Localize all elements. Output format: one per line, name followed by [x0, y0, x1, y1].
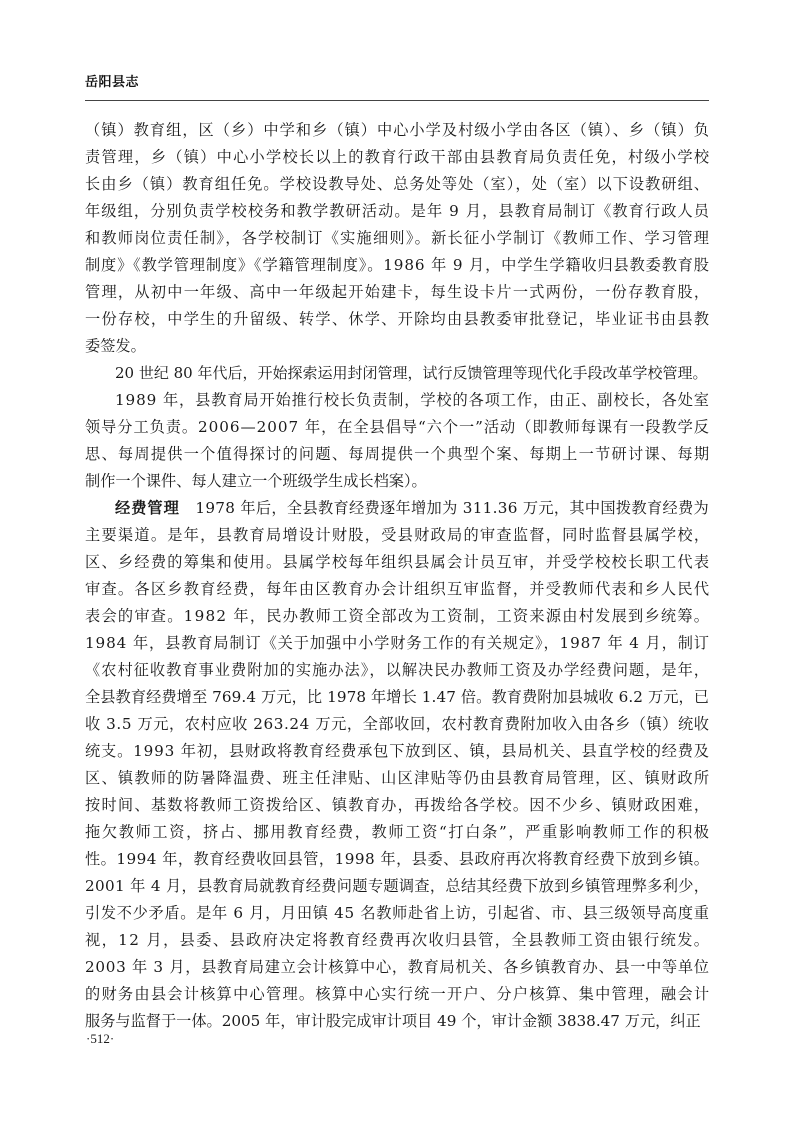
line-text: 年级组，分别负责学校校务和教学教研活动。是年 9 月，县教育局制订《教育行政人员 [85, 202, 710, 220]
text-line: 的财务由县会计核算中心管理。核算中心实行统一开户、分户核算、集中管理，融会计 [85, 981, 709, 1008]
text-line: 表会的审查。1982 年，民办教师工资全部改为工资制，工资来源由村发展到乡统筹。 [85, 603, 709, 630]
line-text: 引发不少矛盾。是年 6 月，月田镇 45 名教师赴省上访，引起省、市、县三级领导… [85, 904, 710, 922]
text-line: 区、镇教师的防暑降温费、班主任津贴、山区津贴等仍由县教育局管理，区、镇财政所 [85, 765, 709, 792]
text-line: 经费管理 1978 年后，全县教育经费逐年增加为 311.36 万元，其中国拨教… [85, 495, 709, 522]
text-line: 视，12 月，县委、县政府决定将教育经费再次收归县管，全县教师工资由银行统发。 [85, 927, 709, 954]
page-number: ·512· [86, 1031, 114, 1047]
text-line: 和教师岗位责任制》，各学校制订《实施细则》。新长征小学制订《教师工作、学习管理 [85, 225, 709, 252]
line-text: 领导分工负责。2006—2007 年，在全县倡导“六个一”活动（即教师每课有一段… [85, 418, 710, 436]
text-line: 20 世纪 80 年代后，开始探索运用封闭管理，试行反馈管理等现代化手段改革学校… [85, 360, 709, 387]
text-line: 制度》《教学管理制度》《学籍管理制度》。1986 年 9 月，中学生学籍收归县教… [85, 252, 709, 279]
text-line: 2003 年 3 月，县教育局建立会计核算中心，教育局机关、各乡镇教育办、县一中… [85, 954, 709, 981]
line-text: 区、镇教师的防暑降温费、班主任津贴、山区津贴等仍由县教育局管理，区、镇财政所 [85, 769, 710, 787]
line-text: 管理，从初中一年级、高中一年级起开始建卡，每生设卡片一式两份，一份存教育股， [85, 283, 710, 301]
section-keyword: 经费管理 [115, 499, 180, 517]
text-line: 服务与监督于一体。2005 年，审计股完成审计项目 49 个，审计金额 3838… [85, 1008, 709, 1035]
line-text: 审查。各区乡教育经费，每年由区教育办会计组织互审监督，并受教师代表和乡人民代 [85, 580, 710, 598]
text-line: 收 3.5 万元，农村应收 263.24 万元，全部收回，农村教育费附加收入由各… [85, 711, 709, 738]
line-text: 责管理，乡（镇）中心小学校长以上的教育行政干部由县教育局负责任免，村级小学校 [85, 148, 710, 166]
running-header: 岳阳县志 [85, 74, 709, 92]
line-text: 视，12 月，县委、县政府决定将教育经费再次收归县管，全县教师工资由银行统发。 [85, 931, 710, 949]
text-line: 区、乡经费的筹集和使用。县属学校每年组织县属会计员互审，并受学校校长职工代表 [85, 549, 709, 576]
page-body: （镇）教育组，区（乡）中学和乡（镇）中心小学及村级小学由各区（镇）、乡（镇）负责… [85, 117, 709, 1035]
paragraph: 20 世纪 80 年代后，开始探索运用封闭管理，试行反馈管理等现代化手段改革学校… [85, 360, 709, 387]
text-line: 制作一个课件、每人建立一个班级学生成长档案）。 [85, 468, 709, 495]
text-line: 2001 年 4 月，县教育局就教育经费问题专题调查，总结其经费下放到乡镇管理弊… [85, 873, 709, 900]
line-text: 2003 年 3 月，县教育局建立会计核算中心，教育局机关、各乡镇教育办、县一中… [85, 958, 710, 976]
text-line: 一份存校，中学生的升留级、转学、休学、开除均由县教委审批登记，毕业证书由县教 [85, 306, 709, 333]
line-text: 20 世纪 80 年代后，开始探索运用封闭管理，试行反馈管理等现代化手段改革学校… [115, 364, 707, 382]
line-text: 区、乡经费的筹集和使用。县属学校每年组织县属会计员互审，并受学校校长职工代表 [85, 553, 710, 571]
line-text: 表会的审查。1982 年，民办教师工资全部改为工资制，工资来源由村发展到乡统筹。 [85, 607, 710, 625]
line-text: 《农村征收教育事业费附加的实施办法》，以解决民办教师工资及办学经费问题，是年， [85, 661, 710, 679]
line-text: 收 3.5 万元，农村应收 263.24 万元，全部收回，农村教育费附加收入由各… [85, 715, 710, 733]
text-line: 管理，从初中一年级、高中一年级起开始建卡，每生设卡片一式两份，一份存教育股， [85, 279, 709, 306]
line-text: 1978 年后，全县教育经费逐年增加为 311.36 万元，其中国拨教育经费为 [195, 499, 709, 517]
text-line: 《农村征收教育事业费附加的实施办法》，以解决民办教师工资及办学经费问题，是年， [85, 657, 709, 684]
text-line: 拖欠教师工资，挤占、挪用教育经费，教师工资“打白条”，严重影响教师工作的积极 [85, 819, 709, 846]
text-line: 委签发。 [85, 333, 709, 360]
line-text: 性。1994 年，教育经费收回县管，1998 年，县委、县政府再次将教育经费下放… [85, 850, 709, 868]
paragraph: 1989 年，县教育局开始推行校长负责制，学校的各项工作，由正、副校长，各处室领… [85, 387, 709, 495]
line-text: 委签发。 [85, 337, 146, 355]
header-divider [85, 100, 709, 101]
line-text: 拖欠教师工资，挤占、挪用教育经费，教师工资“打白条”，严重影响教师工作的积极 [85, 823, 711, 841]
running-header-title: 岳阳县志 [85, 74, 709, 92]
line-text: 按时间、基数将教师工资拨给区、镇教育办，再拨给各学校。因不少乡、镇财政困难， [85, 796, 710, 814]
text-line: 领导分工负责。2006—2007 年，在全县倡导“六个一”活动（即教师每课有一段… [85, 414, 709, 441]
section-paragraph: 经费管理 1978 年后，全县教育经费逐年增加为 311.36 万元，其中国拨教… [85, 495, 709, 1035]
text-line: 1989 年，县教育局开始推行校长负责制，学校的各项工作，由正、副校长，各处室 [85, 387, 709, 414]
line-text: 全县教育经费增至 769.4 万元，比 1978 年增长 1.47 倍。教育费附… [85, 688, 709, 706]
line-text: 长由乡（镇）教育组任免。学校设教导处、总务处等处（室），处（室）以下设教研组、 [85, 175, 710, 193]
text-line: 审查。各区乡教育经费，每年由区教育办会计组织互审监督，并受教师代表和乡人民代 [85, 576, 709, 603]
paragraph: （镇）教育组，区（乡）中学和乡（镇）中心小学及村级小学由各区（镇）、乡（镇）负责… [85, 117, 709, 360]
line-text: 1989 年，县教育局开始推行校长负责制，学校的各项工作，由正、副校长，各处室 [115, 391, 710, 409]
text-line: 引发不少矛盾。是年 6 月，月田镇 45 名教师赴省上访，引起省、市、县三级领导… [85, 900, 709, 927]
text-line: 1984 年，县教育局制订《关于加强中小学财务工作的有关规定》，1987 年 4… [85, 630, 709, 657]
line-text: 服务与监督于一体。2005 年，审计股完成审计项目 49 个，审计金额 3838… [85, 1012, 701, 1030]
line-text: 2001 年 4 月，县教育局就教育经费问题专题调查，总结其经费下放到乡镇管理弊… [85, 877, 709, 895]
text-line: 全县教育经费增至 769.4 万元，比 1978 年增长 1.47 倍。教育费附… [85, 684, 709, 711]
text-line: 年级组，分别负责学校校务和教学教研活动。是年 9 月，县教育局制订《教育行政人员 [85, 198, 709, 225]
line-text: 一份存校，中学生的升留级、转学、休学、开除均由县教委审批登记，毕业证书由县教 [85, 310, 710, 328]
text-line: 主要渠道。是年，县教育局增设计财股，受县财政局的审查监督，同时监督县属学校， [85, 522, 709, 549]
text-line: （镇）教育组，区（乡）中学和乡（镇）中心小学及村级小学由各区（镇）、乡（镇）负 [85, 117, 709, 144]
text-line: 按时间、基数将教师工资拨给区、镇教育办，再拨给各学校。因不少乡、镇财政困难， [85, 792, 709, 819]
text-line: 性。1994 年，教育经费收回县管，1998 年，县委、县政府再次将教育经费下放… [85, 846, 709, 873]
line-text: 思、每周提供一个值得探讨的问题、每周提供一个典型个案、每期上一节研讨课、每期 [85, 445, 710, 463]
line-text: 制度》《教学管理制度》《学籍管理制度》。1986 年 9 月，中学生学籍收归县教… [85, 256, 710, 274]
text-line: 思、每周提供一个值得探讨的问题、每周提供一个典型个案、每期上一节研讨课、每期 [85, 441, 709, 468]
line-text: 统支。1993 年初，县财政将教育经费承包下放到区、镇，县局机关、县直学校的经费… [85, 742, 710, 760]
text-line: 长由乡（镇）教育组任免。学校设教导处、总务处等处（室），处（室）以下设教研组、 [85, 171, 709, 198]
line-text: 制作一个课件、每人建立一个班级学生成长档案）。 [85, 472, 427, 490]
line-text: 和教师岗位责任制》，各学校制订《实施细则》。新长征小学制订《教师工作、学习管理 [85, 229, 710, 247]
line-text: （镇）教育组，区（乡）中学和乡（镇）中心小学及村级小学由各区（镇）、乡（镇）负 [85, 121, 710, 139]
text-line: 责管理，乡（镇）中心小学校长以上的教育行政干部由县教育局负责任免，村级小学校 [85, 144, 709, 171]
line-text: 主要渠道。是年，县教育局增设计财股，受县财政局的审查监督，同时监督县属学校， [85, 526, 710, 544]
line-text: 1984 年，县教育局制订《关于加强中小学财务工作的有关规定》，1987 年 4… [85, 634, 710, 652]
text-line: 统支。1993 年初，县财政将教育经费承包下放到区、镇，县局机关、县直学校的经费… [85, 738, 709, 765]
line-text: 的财务由县会计核算中心管理。核算中心实行统一开户、分户核算、集中管理，融会计 [85, 985, 710, 1003]
